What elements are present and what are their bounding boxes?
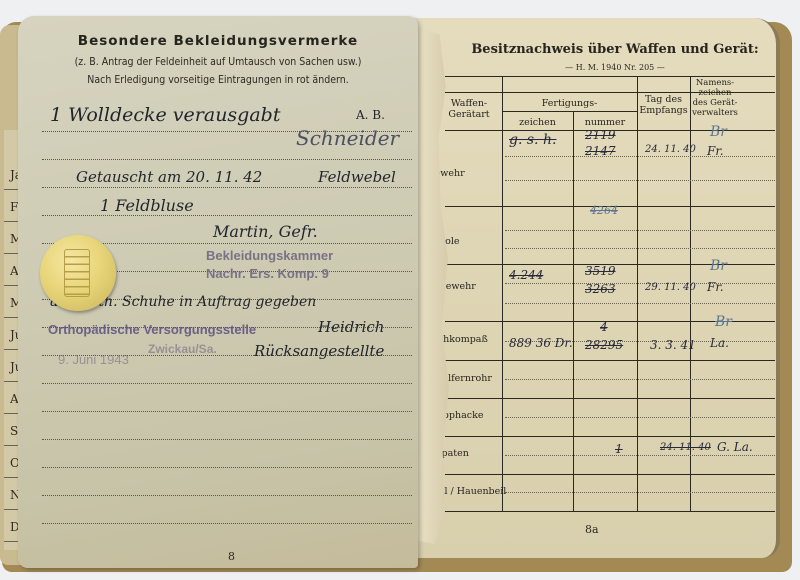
dotted-guide [505,455,775,456]
cell-namens: La. [710,336,729,350]
cell-tag: 24. 11. 40 [660,442,711,453]
stamp-bekleidungskammer: Nachr. Ers. Komp. 9 [206,266,329,281]
stamp-bekleidungskammer: Bekleidungskammer [206,248,333,263]
header-fertigung: Fertigungs- [502,98,637,109]
right-page-title: Besitznachweis über Waffen und Gerät: [445,42,780,57]
dotted-guide [505,283,775,284]
left-page-instruction: Nach Erledigung vorseitige Eintragungen … [18,74,418,86]
cell-nummer: 1 [615,442,623,456]
dotted-line [42,439,412,440]
cell-namens: Br [715,314,732,330]
stamp-date: 9. Juni 1943 [58,352,129,367]
header-namens: Namens- zeichen des Gerät- verwalters [690,78,740,118]
dotted-guide [505,417,775,418]
col-divider [573,111,574,511]
handwritten-entry: Heidrich [318,318,384,336]
right-page-number: 8a [585,523,599,536]
cell-nummer: 3519 [585,264,616,278]
dotted-line [42,467,412,468]
cell-namens: Fr. [707,280,724,294]
cell-zeichen: 889 36 Dr. [509,336,573,350]
stamp-orthopaedie: Orthopädische Versorgungsstelle [48,322,256,337]
row-divider [445,360,775,361]
handwritten-entry: 1 Feldbluse [100,196,194,215]
dotted-line [42,495,412,496]
dotted-line [42,523,412,524]
cell-nummer: 4 [600,320,608,334]
cell-nummer: 3263 [585,282,616,296]
left-page-number: 8 [228,550,235,563]
left-page-title: Besondere Bekleidungsvermerke [18,33,418,49]
dotted-line [42,411,412,412]
coin-emblem-icon [64,249,90,297]
coin [40,235,116,311]
dotted-guide [505,303,775,304]
handwritten-entry: Feldwebel [318,168,396,186]
cell-nummer: 2119 [585,128,616,142]
header-art: Waffen- Gerätart [435,98,503,120]
cell-nummer: 2147 [585,144,616,158]
dotted-line [42,383,412,384]
dotted-guide [505,379,775,380]
col-divider [637,76,638,511]
table-subheader-line [502,111,637,112]
cell-tag: 29. 11. 40 [645,282,696,293]
cell-namens: Fr. [707,144,724,158]
dotted-line [42,215,412,216]
cell-namens: Br [710,124,727,140]
cell-zeichen: g. s. h. [509,132,556,148]
dotted-guide [505,248,775,249]
cell-tag: 3. 3. 41 [650,338,696,352]
cell-namens: G. La. [717,440,753,454]
left-page-subtitle: (z. B. Antrag der Feldeinheit auf Umtaus… [18,56,418,68]
header-zeichen: zeichen [502,117,573,128]
row-divider [445,474,775,475]
table-top-border [445,76,775,77]
right-page: Besitznachweis über Waffen und Gerät: — … [405,18,780,558]
handwritten-entry: Rücksangestellte [254,342,384,360]
stamp-orthopaedie-city: Zwickau/Sa. [148,342,217,356]
table-bottom-border [445,511,775,512]
cell-nummer: 28295 [585,338,623,352]
handwritten-signature: Schneider [296,126,399,150]
row-divider [445,436,775,437]
handwritten-entry: A. B. [356,108,385,122]
cell-namens: Br [710,258,727,274]
dotted-guide [505,492,775,493]
handwritten-entry: Getauscht am 20. 11. 42 [76,168,262,186]
dotted-guide [505,180,775,181]
cell-nummer: 4264 [590,204,618,217]
header-tag: Tag des Empfangs [637,94,690,116]
handwritten-entry: Martin, Gefr. [213,222,318,241]
dotted-guide [505,230,775,231]
right-page-subtitle: — H. M. 1940 Nr. 205 — [445,63,780,72]
cell-zeichen: 4.244 [509,268,543,282]
header-nummer: nummer [573,117,637,128]
handwritten-entry: 1 Wolldecke verausgabt [50,104,280,126]
dotted-line [42,187,412,188]
cell-tag: 24. 11. 40 [645,144,696,155]
dotted-guide [505,156,775,157]
row-divider [445,398,775,399]
dotted-line [42,159,412,160]
